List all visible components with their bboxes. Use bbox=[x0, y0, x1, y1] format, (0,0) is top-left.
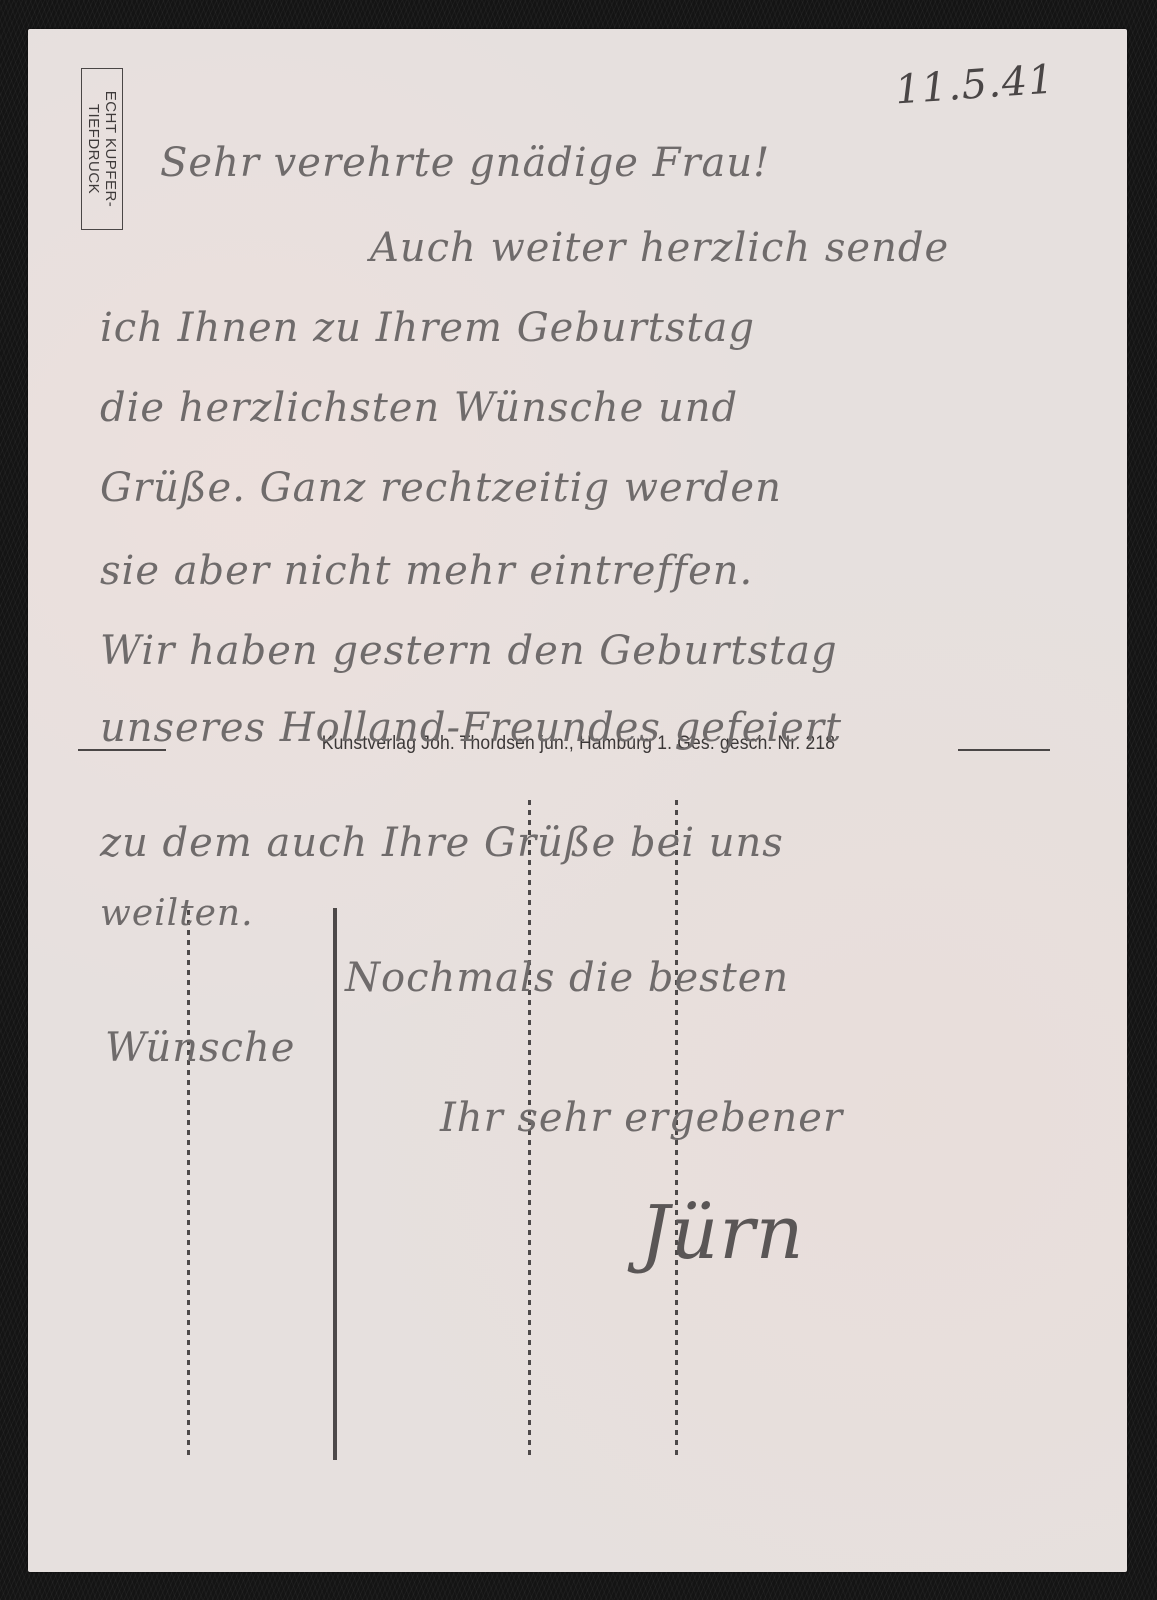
address-divider-dashed-1 bbox=[187, 910, 190, 1460]
handwriting-line-3: ich Ihnen zu Ihrem Geburtstag bbox=[100, 305, 755, 351]
handwriting-closing-2: Wünsche bbox=[105, 1025, 295, 1071]
handwriting-line-1: Sehr verehrte gnädige Frau! bbox=[160, 140, 770, 186]
handwriting-line-8: unseres Holland-Freundes gefeiert bbox=[100, 705, 842, 751]
handwriting-closing-1: Nochmals die besten bbox=[345, 955, 789, 1001]
stamp-line-1: ECHT KUPFER- bbox=[102, 91, 119, 208]
handwriting-line-9: zu dem auch Ihre Grüße bei uns bbox=[100, 820, 784, 866]
handwriting-line-2: Auch weiter herzlich sende bbox=[370, 225, 949, 271]
address-divider-solid bbox=[333, 908, 337, 1460]
handwriting-line-5: Grüße. Ganz rechtzeitig werden bbox=[100, 465, 782, 511]
handwriting-line-7: Wir haben gestern den Geburtstag bbox=[100, 628, 838, 674]
handwriting-line-6: sie aber nicht mehr eintreffen. bbox=[100, 548, 753, 594]
stamp-line-2: TIEFDRUCK bbox=[85, 91, 102, 208]
handwriting-line-10: weilten. bbox=[100, 893, 254, 934]
handwriting-line-4: die herzlichsten Wünsche und bbox=[100, 385, 738, 431]
handwriting-closing-3: Ihr sehr ergebener bbox=[440, 1095, 843, 1141]
print-stamp-text: ECHT KUPFER- TIEFDRUCK bbox=[85, 91, 119, 208]
handwritten-signature: Jürn bbox=[640, 1190, 804, 1276]
print-stamp-box: ECHT KUPFER- TIEFDRUCK bbox=[81, 68, 123, 230]
